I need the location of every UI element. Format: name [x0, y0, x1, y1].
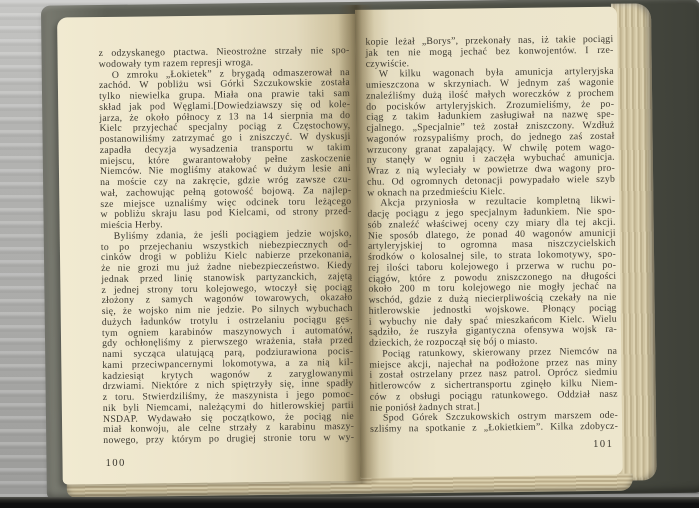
page-right: kopie leżał „Borys”, przekonały nas, iż …	[355, 7, 623, 478]
photo-bottom-border	[0, 497, 699, 508]
open-book: z odzyskanego ptactwa. Nieostrożne strza…	[0, 0, 699, 508]
page-left: z odzyskanego ptactwa. Nieostrożne strza…	[57, 14, 361, 485]
page-right-text: kopie leżał „Borys”, przekonały nas, iż …	[365, 35, 618, 436]
page-left-text: z odzyskanego ptactwa. Nieostrożne strza…	[98, 46, 354, 447]
book-photo: z odzyskanego ptactwa. Nieostrożne strza…	[0, 0, 699, 508]
text-line: szliśmy na spotkanie z „Łokietkiem”. Kil…	[370, 422, 618, 436]
text-line: nowego, przy którym po drugiej stronie t…	[103, 433, 354, 447]
page-number-left: 100	[105, 458, 125, 469]
page-number-right: 101	[593, 439, 613, 450]
